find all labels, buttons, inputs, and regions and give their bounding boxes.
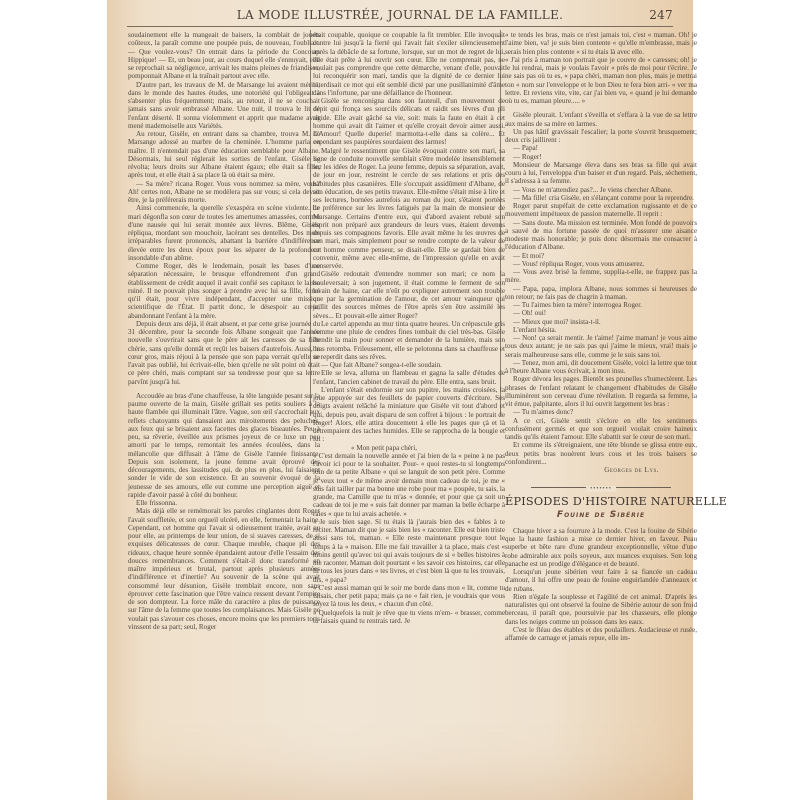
paragraph: Rien n'égale la souplesse et l'agilité d… [505, 593, 697, 626]
paragraph: Ainsi commencée, la querelle s'exaspéra … [128, 204, 320, 262]
paragraph: était coupable, quoique ce coupable la f… [313, 31, 505, 97]
dialogue-line: — Non! ça serait mentir. Je t'aime! j'ai… [505, 334, 697, 359]
paragraph: Au retour, Gisèle, en entrant dans sa ch… [128, 130, 320, 180]
paragraph: — Que fait Albane? songea-t-elle soudain… [313, 361, 505, 369]
letter-body: « C'est demain la nouvelle année et j'ai… [313, 452, 505, 625]
dialogue-line: — Vous ne m'attendiez pas?... Je viens c… [505, 186, 697, 194]
paragraph: Gisèle se renconigna dans son fauteuil, … [313, 97, 505, 147]
paragraph: Chaque hiver a sa fourrure à la mode. C'… [505, 527, 697, 568]
paragraph: Depuis deux ans déjà, il était absent, e… [128, 320, 320, 386]
dialogue-line: — Tu m'aimes donc? [505, 408, 697, 416]
letter-paragraph: « C'est demain la nouvelle année et j'ai… [313, 452, 505, 518]
column-middle: était coupable, quoique ce coupable la f… [313, 31, 505, 625]
paragraph: Gisèle redoutait d'entendre nommer son m… [313, 270, 505, 320]
newspaper-page: LA MODE ILLUSTRÉE, JOURNAL DE LA FAMILLE… [107, 0, 693, 800]
paragraph: Elle frissonna. [128, 499, 320, 507]
paragraph: D'autre part, les travaux de M. de Marsa… [128, 81, 320, 131]
paragraph: Gisèle pleurait. L'enfant s'éveilla et s… [505, 111, 697, 128]
column-right: « te tends les bras, mais ce n'est jamai… [505, 31, 697, 642]
paragraph: A ce cri, Gisèle sentit s'éclore en elle… [505, 417, 697, 442]
paragraph: soudainement elle la mangeait de baisers… [128, 31, 320, 81]
dialogue-line: — Vous avez brisé la femme, supplia-t-el… [505, 268, 697, 285]
letter-paragraph: « Je suis bien sage. Si tu étais là j'au… [313, 518, 505, 584]
dialogue-line: — Oh! oui! [505, 309, 697, 317]
header-rule [127, 26, 673, 27]
paragraph: L'enfant s'était endormie sur son pupitr… [313, 386, 505, 444]
paragraph: L'enfant hésita. [505, 326, 697, 334]
paragraph: Comme Roger, dès le lendemain, posait le… [128, 262, 320, 320]
dialogue-line: — Papa, papa, implora Albane, nous somme… [505, 285, 697, 302]
paragraph: Et comme ils s'étreignaient, une tête bl… [505, 441, 697, 466]
letter-paragraph: « Quelquefois la nuit je rêve que tu vie… [313, 609, 505, 626]
paragraph: Lorsqu'un jeune sibérien veut faire à sa… [505, 568, 697, 593]
journal-title: LA MODE ILLUSTRÉE, JOURNAL DE LA FAMILLE… [127, 8, 673, 22]
ornament-dots: ••••••• [586, 486, 616, 492]
dialogue-line: — Et moi? [505, 252, 697, 260]
author-signature: Georges de Lys. [505, 466, 697, 474]
column-left: soudainement elle la mangeait de baisers… [128, 31, 320, 631]
letter-salutation: « Mon petit papa chéri, [313, 444, 505, 452]
paragraph: Monsieur de Marsange éleva dans ses bras… [505, 161, 697, 186]
section-subtitle: Fouine de Sibérie [505, 511, 697, 519]
paragraph: Accoudée au bras d'une chauffeuse, la tê… [128, 392, 320, 499]
paragraph: C'est le fléau des étables et des poulai… [505, 626, 697, 643]
dialogue-line: — Mieux que moi? insista-t-il. [505, 318, 697, 326]
letter-paragraph: « te tends les bras, mais ce n'est jamai… [505, 31, 697, 56]
dialogue-line: — Tenez, mon ami, dit doucement Gisèle, … [505, 359, 697, 376]
dialogue-line: — Ma fille! cria Gisèle, en s'élançant c… [505, 194, 697, 202]
dialogue-line: — Roger! [505, 153, 697, 161]
letter-paragraph: « J'ai pris à maman ton portrait que je … [505, 56, 697, 106]
paragraph: Mais déjà elle se remémorait les paroles… [128, 507, 320, 631]
paragraph: Un pas hâtif gravissait l'escalier; la p… [505, 128, 697, 145]
page-header: LA MODE ILLUSTRÉE, JOURNAL DE LA FAMILLE… [127, 6, 673, 26]
section-ornament: ••••••• [505, 484, 697, 490]
paragraph: Le cartel appendu au mur tinta quatre he… [313, 320, 505, 361]
dialogue-line: — Tu l'aimes bien ta mère? interrogea Ro… [505, 301, 697, 309]
dialogue-line: — Sans doute. Ma mission est terminée. M… [505, 219, 697, 252]
paragraph: Malgré le ressentiment que Gisèle évoqua… [313, 147, 505, 271]
paragraph: — Sa mère? ricana Roger. Vous vous nomme… [128, 180, 320, 205]
paragraph: Roger dévora les pages. Bientôt ses prun… [505, 375, 697, 408]
dialogue-line: — Papa! [505, 144, 697, 152]
dialogue-line: — Vous! répliqua Roger, vous vous amuser… [505, 260, 697, 268]
letter-continuation: « te tends les bras, mais ce n'est jamai… [505, 31, 697, 105]
letter-paragraph: « C'est aussi maman qui le soir me borde… [313, 584, 505, 609]
section-title: ÉPISODES D'HISTOIRE NATURELLE [505, 498, 697, 506]
paragraph: Elle se leva, alluma un flambeau et gagn… [313, 369, 505, 386]
page-number: 247 [649, 8, 673, 22]
paragraph: Roger parut stupéfait de cette exclamati… [505, 202, 697, 219]
